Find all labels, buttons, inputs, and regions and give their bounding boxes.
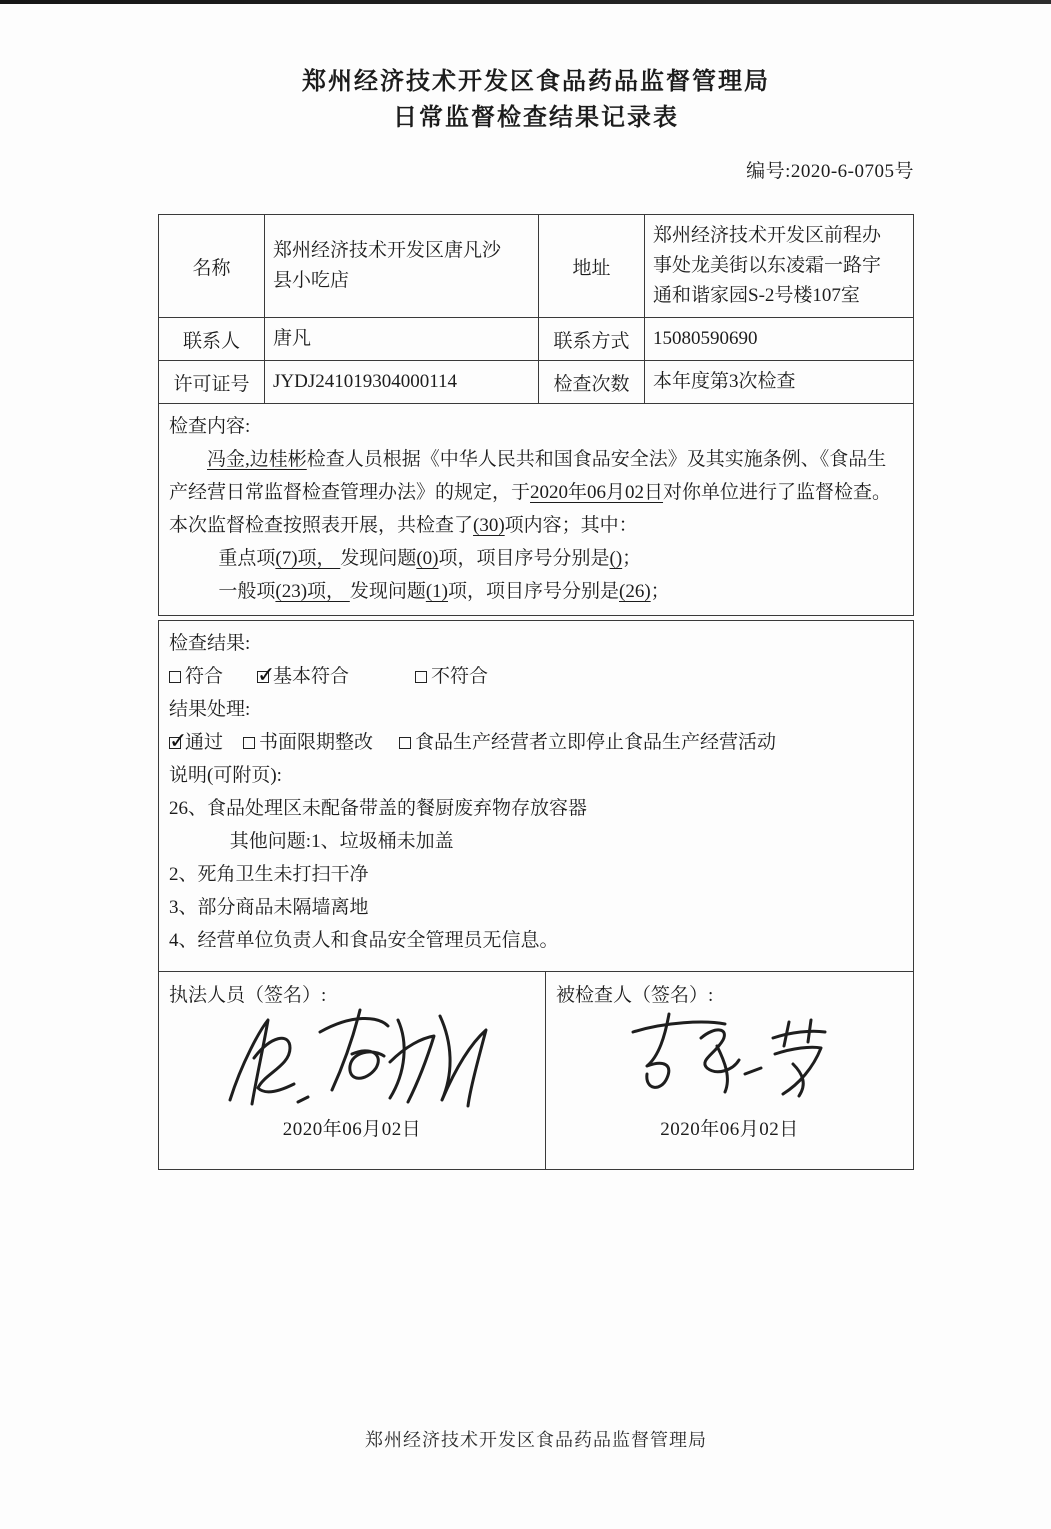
- handling-options: 通过 书面限期整改 食品生产经营者立即停止食品生产经营活动: [169, 726, 903, 759]
- inspection-content-paragraph: 冯金,边桂彬检查人员根据《中华人民共和国食品安全法》及其实施条例、《食品生产经营…: [169, 443, 903, 542]
- handling-heading: 结果处理:: [169, 693, 903, 726]
- note-heading: 说明(可附页):: [169, 759, 903, 792]
- info-table: 名称 郑州经济技术开发区唐凡沙县小吃店 地址 郑州经济技术开发区前程办事处龙美街…: [158, 214, 914, 404]
- option-pass: 通过: [169, 726, 223, 759]
- label-cell-name: 名称: [159, 215, 265, 317]
- inspector-names: 冯金,边桂彬: [207, 449, 307, 470]
- option-conform: 符合: [169, 660, 223, 693]
- general-problems-count: (1): [426, 581, 448, 602]
- general-problem-ids: (26): [619, 581, 651, 602]
- value-cell-license: JYDJ241019304000114: [265, 361, 539, 403]
- page-subtitle: 日常监督检查结果记录表: [158, 100, 914, 136]
- signature-row: 执法人员（签名）: 2020年06月02日 被检查人（签名）:: [158, 971, 914, 1170]
- issue-item: 26、食品处理区未配备带盖的餐厨废弃物存放容器: [169, 792, 903, 825]
- general-items-line: 一般项(23)项， 发现问题(1)项，项目序号分别是(26)；: [218, 575, 903, 608]
- option-not-conform: 不符合: [415, 660, 488, 693]
- issue-item: 2、死角卫生未打扫干净: [169, 858, 903, 891]
- label-cell-phone: 联系方式: [539, 318, 645, 360]
- enforcement-signature-image: [159, 1002, 545, 1117]
- inspection-date: 2020年06月02日: [530, 482, 663, 503]
- key-items-line: 重点项(7)项， 发现问题(0)项，项目序号分别是()；: [218, 542, 903, 575]
- issue-list: 26、食品处理区未配备带盖的餐厨废弃物存放容器 其他问题:1、垃圾桶未加盖 2、…: [169, 792, 903, 957]
- inspection-results-section: 检查结果: 符合 基本符合 不符合 结果处理: 通过 书面限期整改 食品生产经营…: [158, 620, 914, 972]
- document-header: 郑州经济技术开发区食品药品监督管理局 日常监督检查结果记录表: [158, 64, 914, 136]
- checkbox-unchecked-icon: [243, 737, 255, 749]
- value-cell-inspection-count: 本年度第3次检查: [645, 361, 913, 403]
- issue-item: 其他问题:1、垃圾桶未加盖: [169, 825, 903, 858]
- value-cell-address: 郑州经济技术开发区前程办事处龙美街以东凌霜一路宇通和谐家园S-2号楼107室: [645, 215, 913, 317]
- key-problem-ids: (): [610, 548, 623, 569]
- page-title: 郑州经济技术开发区食品药品监督管理局: [158, 64, 914, 100]
- total-items: (30): [473, 515, 505, 536]
- checkbox-unchecked-icon: [415, 671, 427, 683]
- footer-text: 郑州经济技术开发区食品药品监督管理局: [158, 1426, 914, 1452]
- table-row: 联系人 唐凡 联系方式 15080590690: [159, 318, 913, 361]
- value-cell-contact: 唐凡: [265, 318, 539, 360]
- checkbox-unchecked-icon: [169, 671, 181, 683]
- table-row: 名称 郑州经济技术开发区唐凡沙县小吃店 地址 郑州经济技术开发区前程办事处龙美街…: [159, 215, 913, 318]
- label-cell-contact: 联系人: [159, 318, 265, 360]
- inspected-signature-cell: 被检查人（签名）: 2020年06月02日: [546, 972, 913, 1169]
- label-cell-address: 地址: [539, 215, 645, 317]
- general-items-count: (23)项，: [275, 581, 349, 602]
- enforcement-signature-date: 2020年06月02日: [159, 1114, 545, 1141]
- doc-number: 编号:2020-6-0705号: [158, 156, 914, 183]
- option-basically-conform: 基本符合: [257, 660, 349, 693]
- checkbox-checked-icon: [257, 671, 269, 683]
- inspection-content-section: 检查内容: 冯金,边桂彬检查人员根据《中华人民共和国食品安全法》及其实施条例、《…: [158, 403, 914, 616]
- key-problems-count: (0): [416, 548, 438, 569]
- issue-item: 4、经营单位负责人和食品安全管理员无信息。: [169, 924, 903, 957]
- value-cell-phone: 15080590690: [645, 318, 913, 360]
- inspection-content-heading: 检查内容:: [169, 410, 903, 443]
- issue-item: 3、部分商品未隔墙离地: [169, 891, 903, 924]
- checkbox-checked-icon: [169, 737, 181, 749]
- label-cell-inspection-count: 检查次数: [539, 361, 645, 403]
- value-cell-name: 郑州经济技术开发区唐凡沙县小吃店: [265, 215, 539, 317]
- inspected-signature-image: [546, 1002, 913, 1107]
- option-written-rectification: 书面限期整改: [243, 726, 373, 759]
- document-page: 郑州经济技术开发区食品药品监督管理局 日常监督检查结果记录表 编号:2020-6…: [158, 0, 914, 1170]
- table-row: 许可证号 JYDJ241019304000114 检查次数 本年度第3次检查: [159, 361, 913, 403]
- option-stop-production: 食品生产经营者立即停止食品生产经营活动: [399, 726, 776, 759]
- conformity-options: 符合 基本符合 不符合: [169, 660, 903, 693]
- checkbox-unchecked-icon: [399, 737, 411, 749]
- enforcement-signature-cell: 执法人员（签名）: 2020年06月02日: [159, 972, 546, 1169]
- label-cell-license: 许可证号: [159, 361, 265, 403]
- results-heading: 检查结果:: [169, 627, 903, 660]
- key-items-count: (7)项，: [275, 548, 340, 569]
- inspected-signature-date: 2020年06月02日: [546, 1114, 913, 1141]
